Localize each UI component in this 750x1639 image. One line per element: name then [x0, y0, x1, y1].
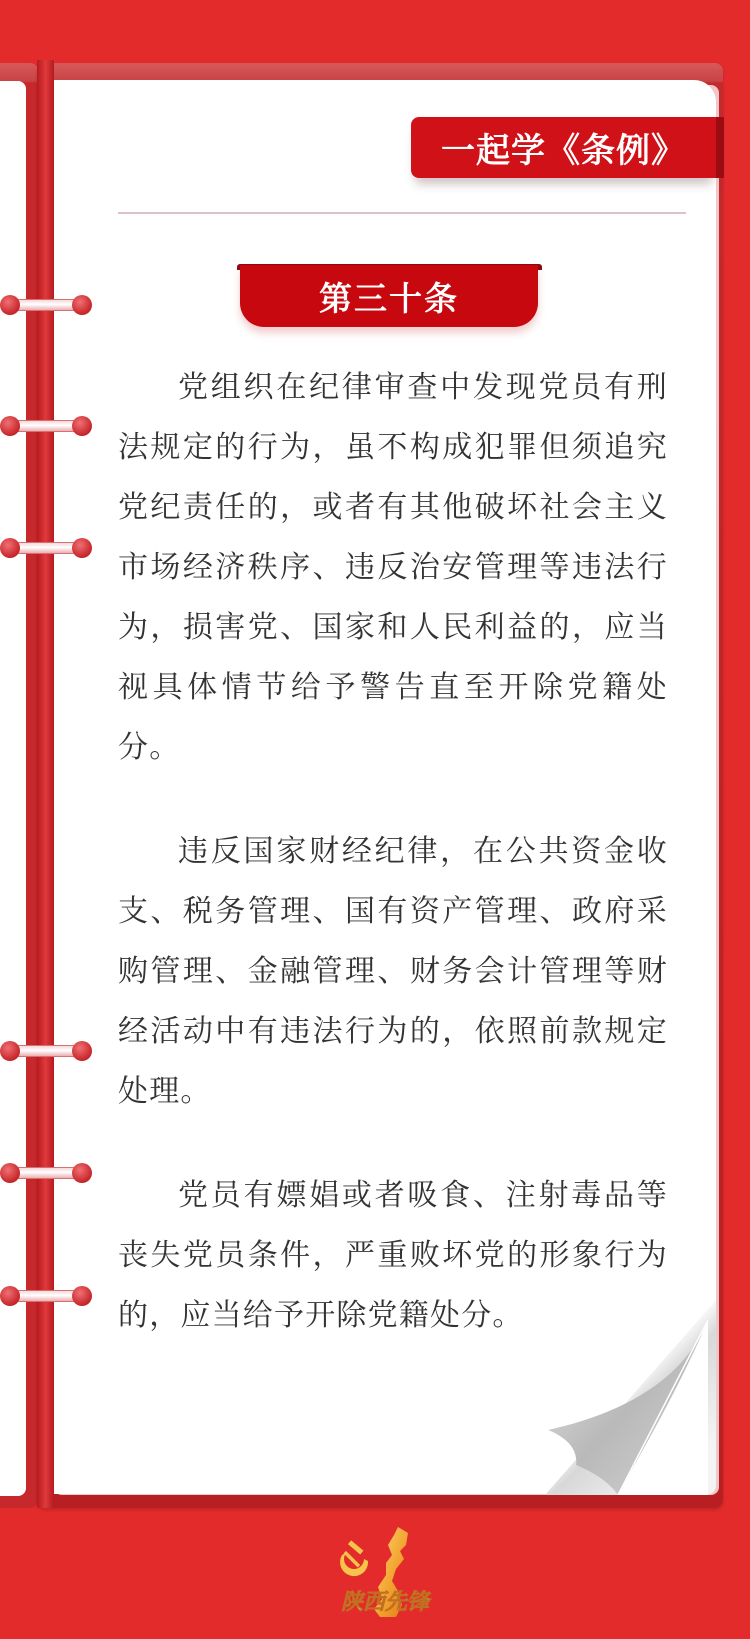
divider: [118, 212, 686, 214]
ribbon-fold: [716, 117, 724, 178]
article-paragraph: 党组织在纪律审查中发现党员有刑法规定的行为，虽不构成犯罪但须追究党纪责任的，或者…: [118, 358, 668, 778]
binder-ring: [0, 415, 92, 437]
article-body: 党组织在纪律审查中发现党员有刑法规定的行为，虽不构成犯罪但须追究党纪责任的，或者…: [118, 358, 668, 1390]
binder-ring: [0, 294, 92, 316]
binder-ring: [0, 1162, 92, 1184]
binder-ring: [0, 537, 92, 559]
section-ribbon: 一起学《条例》: [411, 117, 716, 178]
article-paragraph: 违反国家财经纪律，在公共资金收支、税务管理、国有资产管理、政府采购管理、金融管理…: [118, 822, 668, 1122]
article-paragraph: 党员有嫖娼或者吸食、注射毒品等丧失党员条件，严重败坏党的形象行为的，应当给予开除…: [118, 1166, 668, 1346]
hammer-sickle-icon: [340, 1540, 368, 1576]
article-title: 第三十条: [240, 265, 538, 327]
binder-ring: [0, 1285, 92, 1307]
logo-emblem: 陕西先锋: [330, 1525, 440, 1620]
binder-ring: [0, 1040, 92, 1062]
logo-text: 陕西先锋: [341, 1589, 432, 1615]
shaanxi-pioneer-logo: 陕西先锋: [330, 1525, 440, 1620]
page-curl-icon: [548, 1320, 708, 1495]
